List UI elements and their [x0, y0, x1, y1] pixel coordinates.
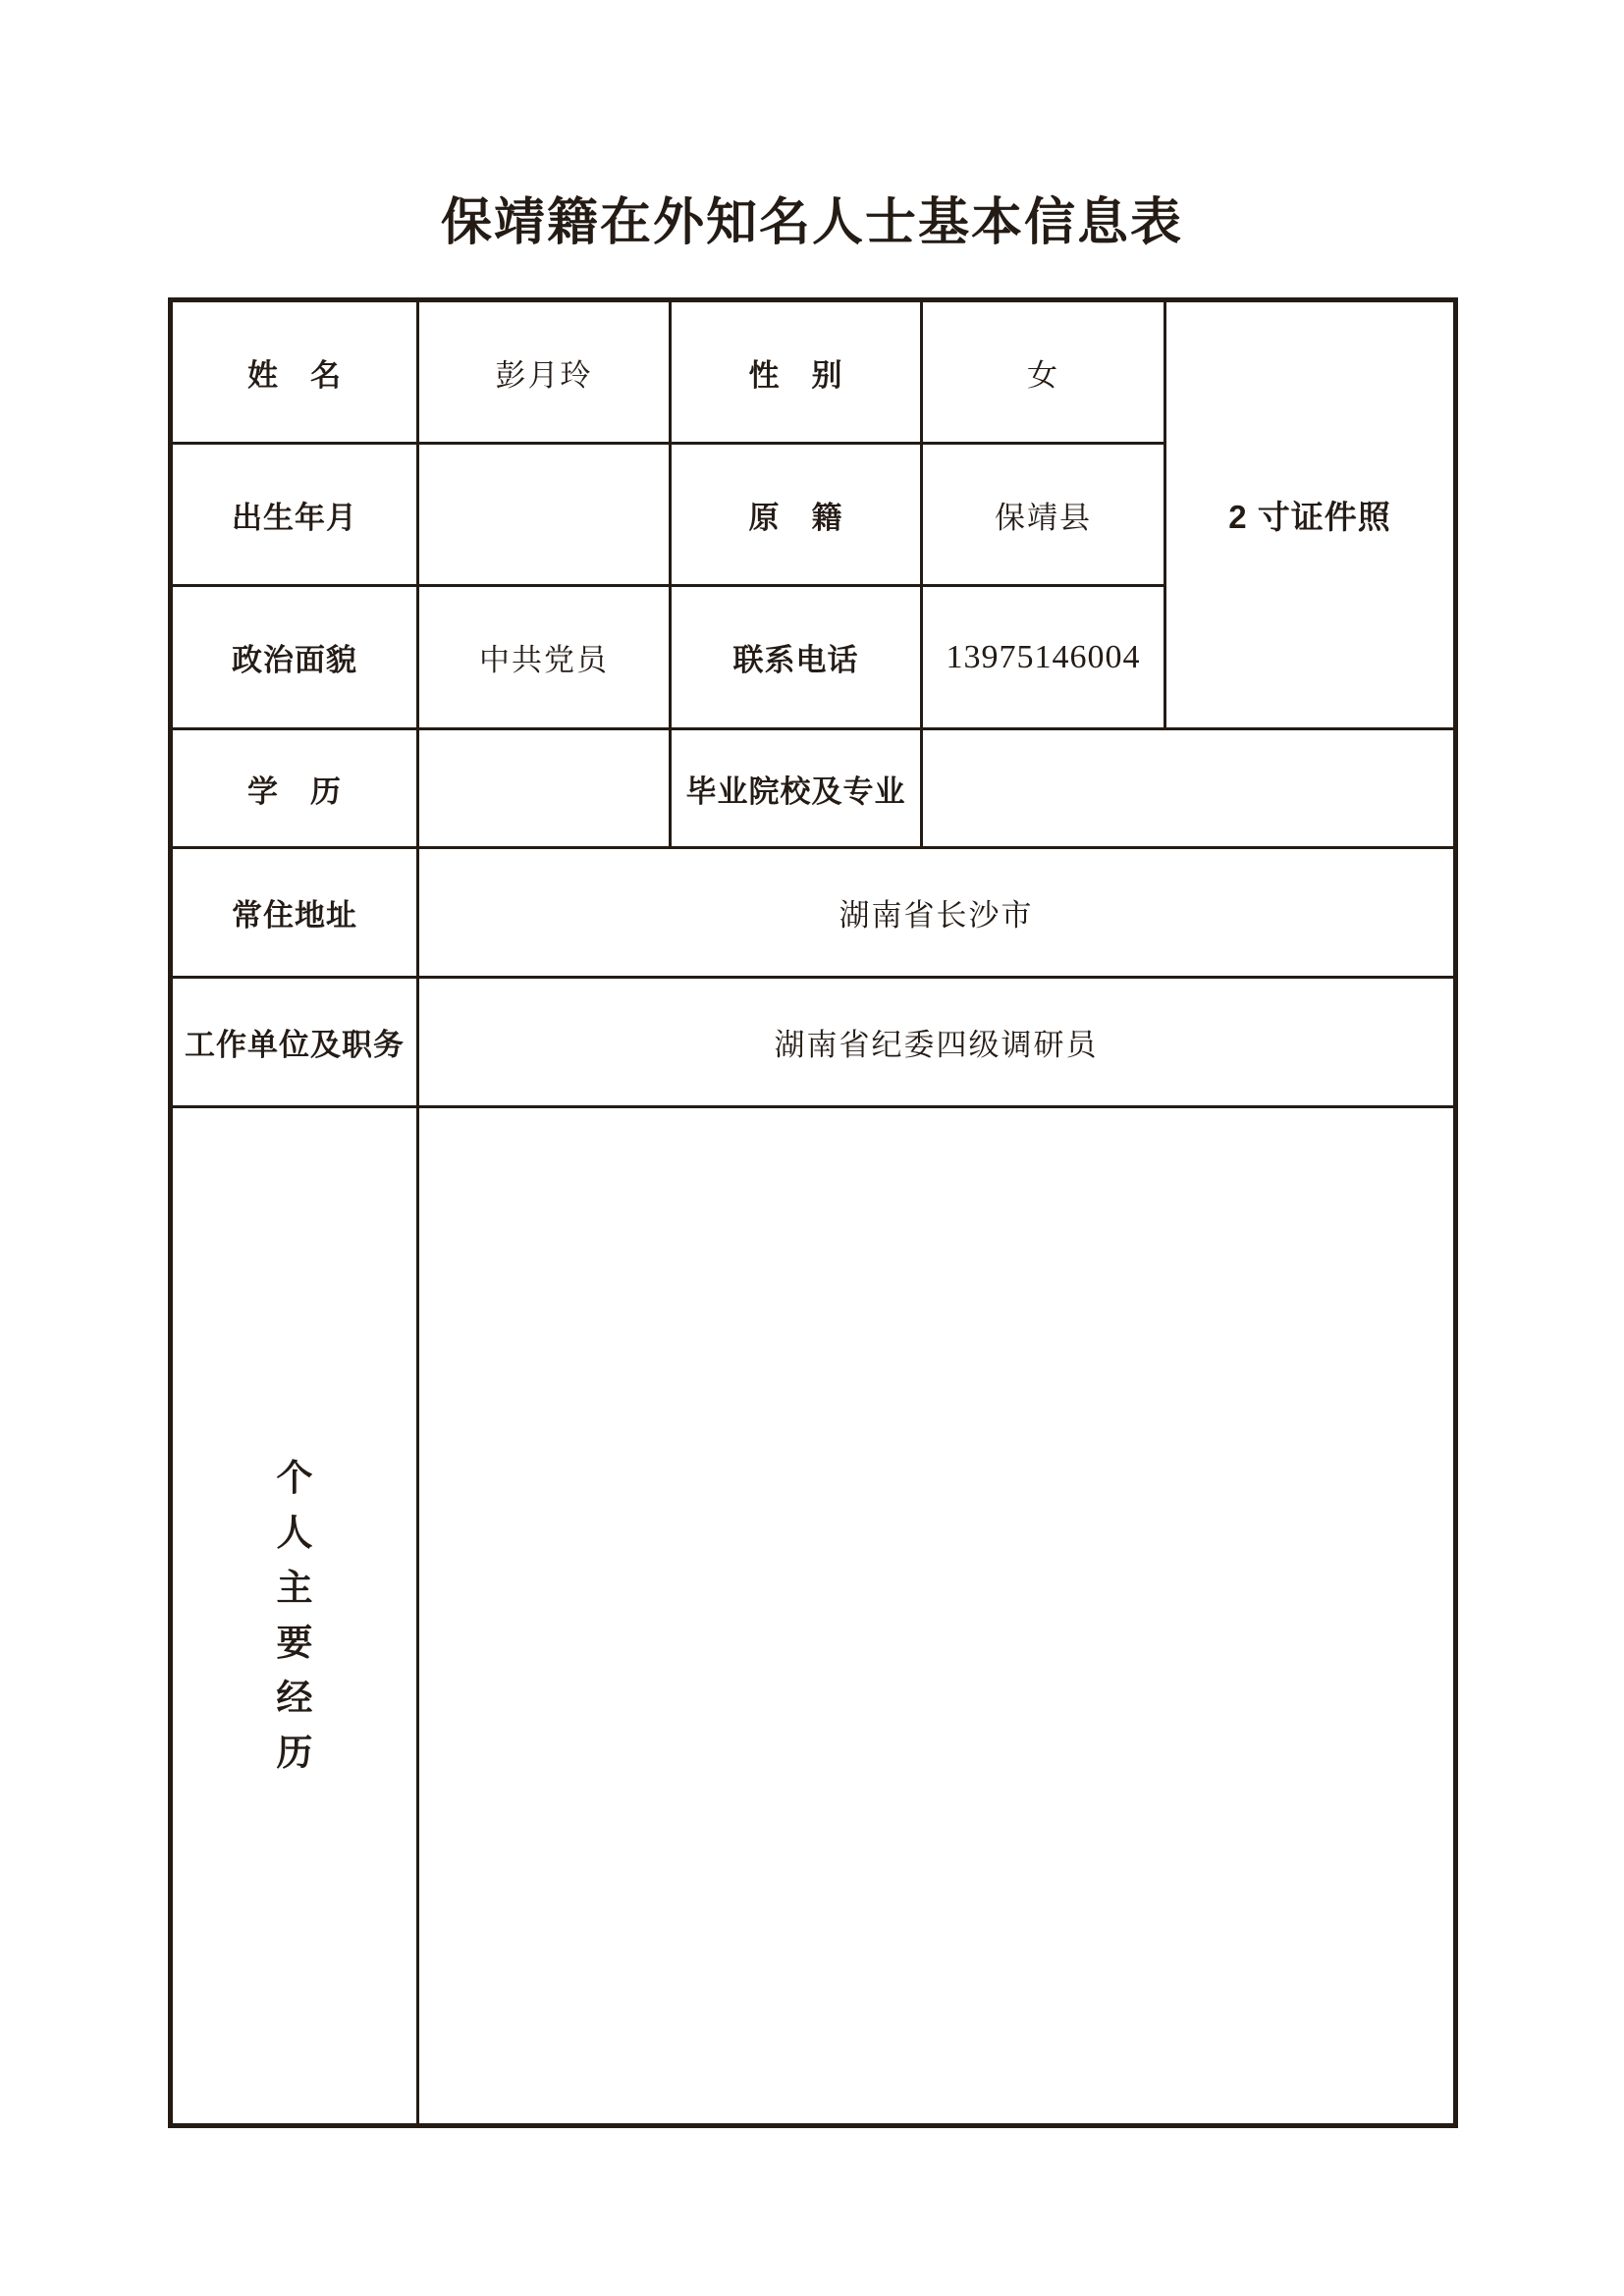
- work-unit-label: 工作单位及职务: [171, 978, 418, 1107]
- document-page: 保靖籍在外知名人士基本信息表 姓 名 彭月玲 性 别 女 2 寸证件照 出生年月…: [0, 0, 1624, 2296]
- experience-label-char: 经: [173, 1671, 416, 1726]
- experience-label: 个 人 主 要 经 历: [171, 1107, 418, 2126]
- address-label: 常住地址: [171, 848, 418, 978]
- gender-value: 女: [922, 300, 1165, 444]
- row-work-unit: 工作单位及职务 湖南省纪委四级调研员: [171, 978, 1456, 1107]
- name-label: 姓 名: [171, 300, 418, 444]
- education-value: [418, 729, 671, 848]
- row-experience: 个 人 主 要 经 历: [171, 1107, 1456, 2126]
- experience-value: [418, 1107, 1456, 2126]
- row-address: 常住地址 湖南省长沙市: [171, 848, 1456, 978]
- birth-label: 出生年月: [171, 444, 418, 586]
- name-value: 彭月玲: [418, 300, 671, 444]
- experience-label-char: 人: [173, 1506, 416, 1561]
- work-unit-value: 湖南省纪委四级调研员: [418, 978, 1456, 1107]
- gender-label: 性 别: [671, 300, 922, 444]
- address-value: 湖南省长沙市: [418, 848, 1456, 978]
- experience-label-char: 个: [173, 1451, 416, 1506]
- experience-label-char: 主: [173, 1561, 416, 1616]
- political-status-value: 中共党员: [418, 586, 671, 729]
- origin-value: 保靖县: [922, 444, 1165, 586]
- page-title: 保靖籍在外知名人士基本信息表: [0, 188, 1624, 259]
- education-label: 学 历: [171, 729, 418, 848]
- political-status-label: 政治面貌: [171, 586, 418, 729]
- row-education-school: 学 历 毕业院校及专业: [171, 729, 1456, 848]
- school-major-value: [922, 729, 1456, 848]
- experience-label-char: 要: [173, 1616, 416, 1671]
- origin-label: 原 籍: [671, 444, 922, 586]
- experience-label-char: 历: [173, 1726, 416, 1781]
- photo-placeholder: 2 寸证件照: [1165, 300, 1456, 729]
- info-table: 姓 名 彭月玲 性 别 女 2 寸证件照 出生年月 原 籍 保靖县 政治面貌 中…: [168, 297, 1458, 2128]
- phone-value: 13975146004: [922, 586, 1165, 729]
- school-major-label: 毕业院校及专业: [671, 729, 922, 848]
- row-name-gender: 姓 名 彭月玲 性 别 女 2 寸证件照: [171, 300, 1456, 444]
- phone-label: 联系电话: [671, 586, 922, 729]
- birth-value: [418, 444, 671, 586]
